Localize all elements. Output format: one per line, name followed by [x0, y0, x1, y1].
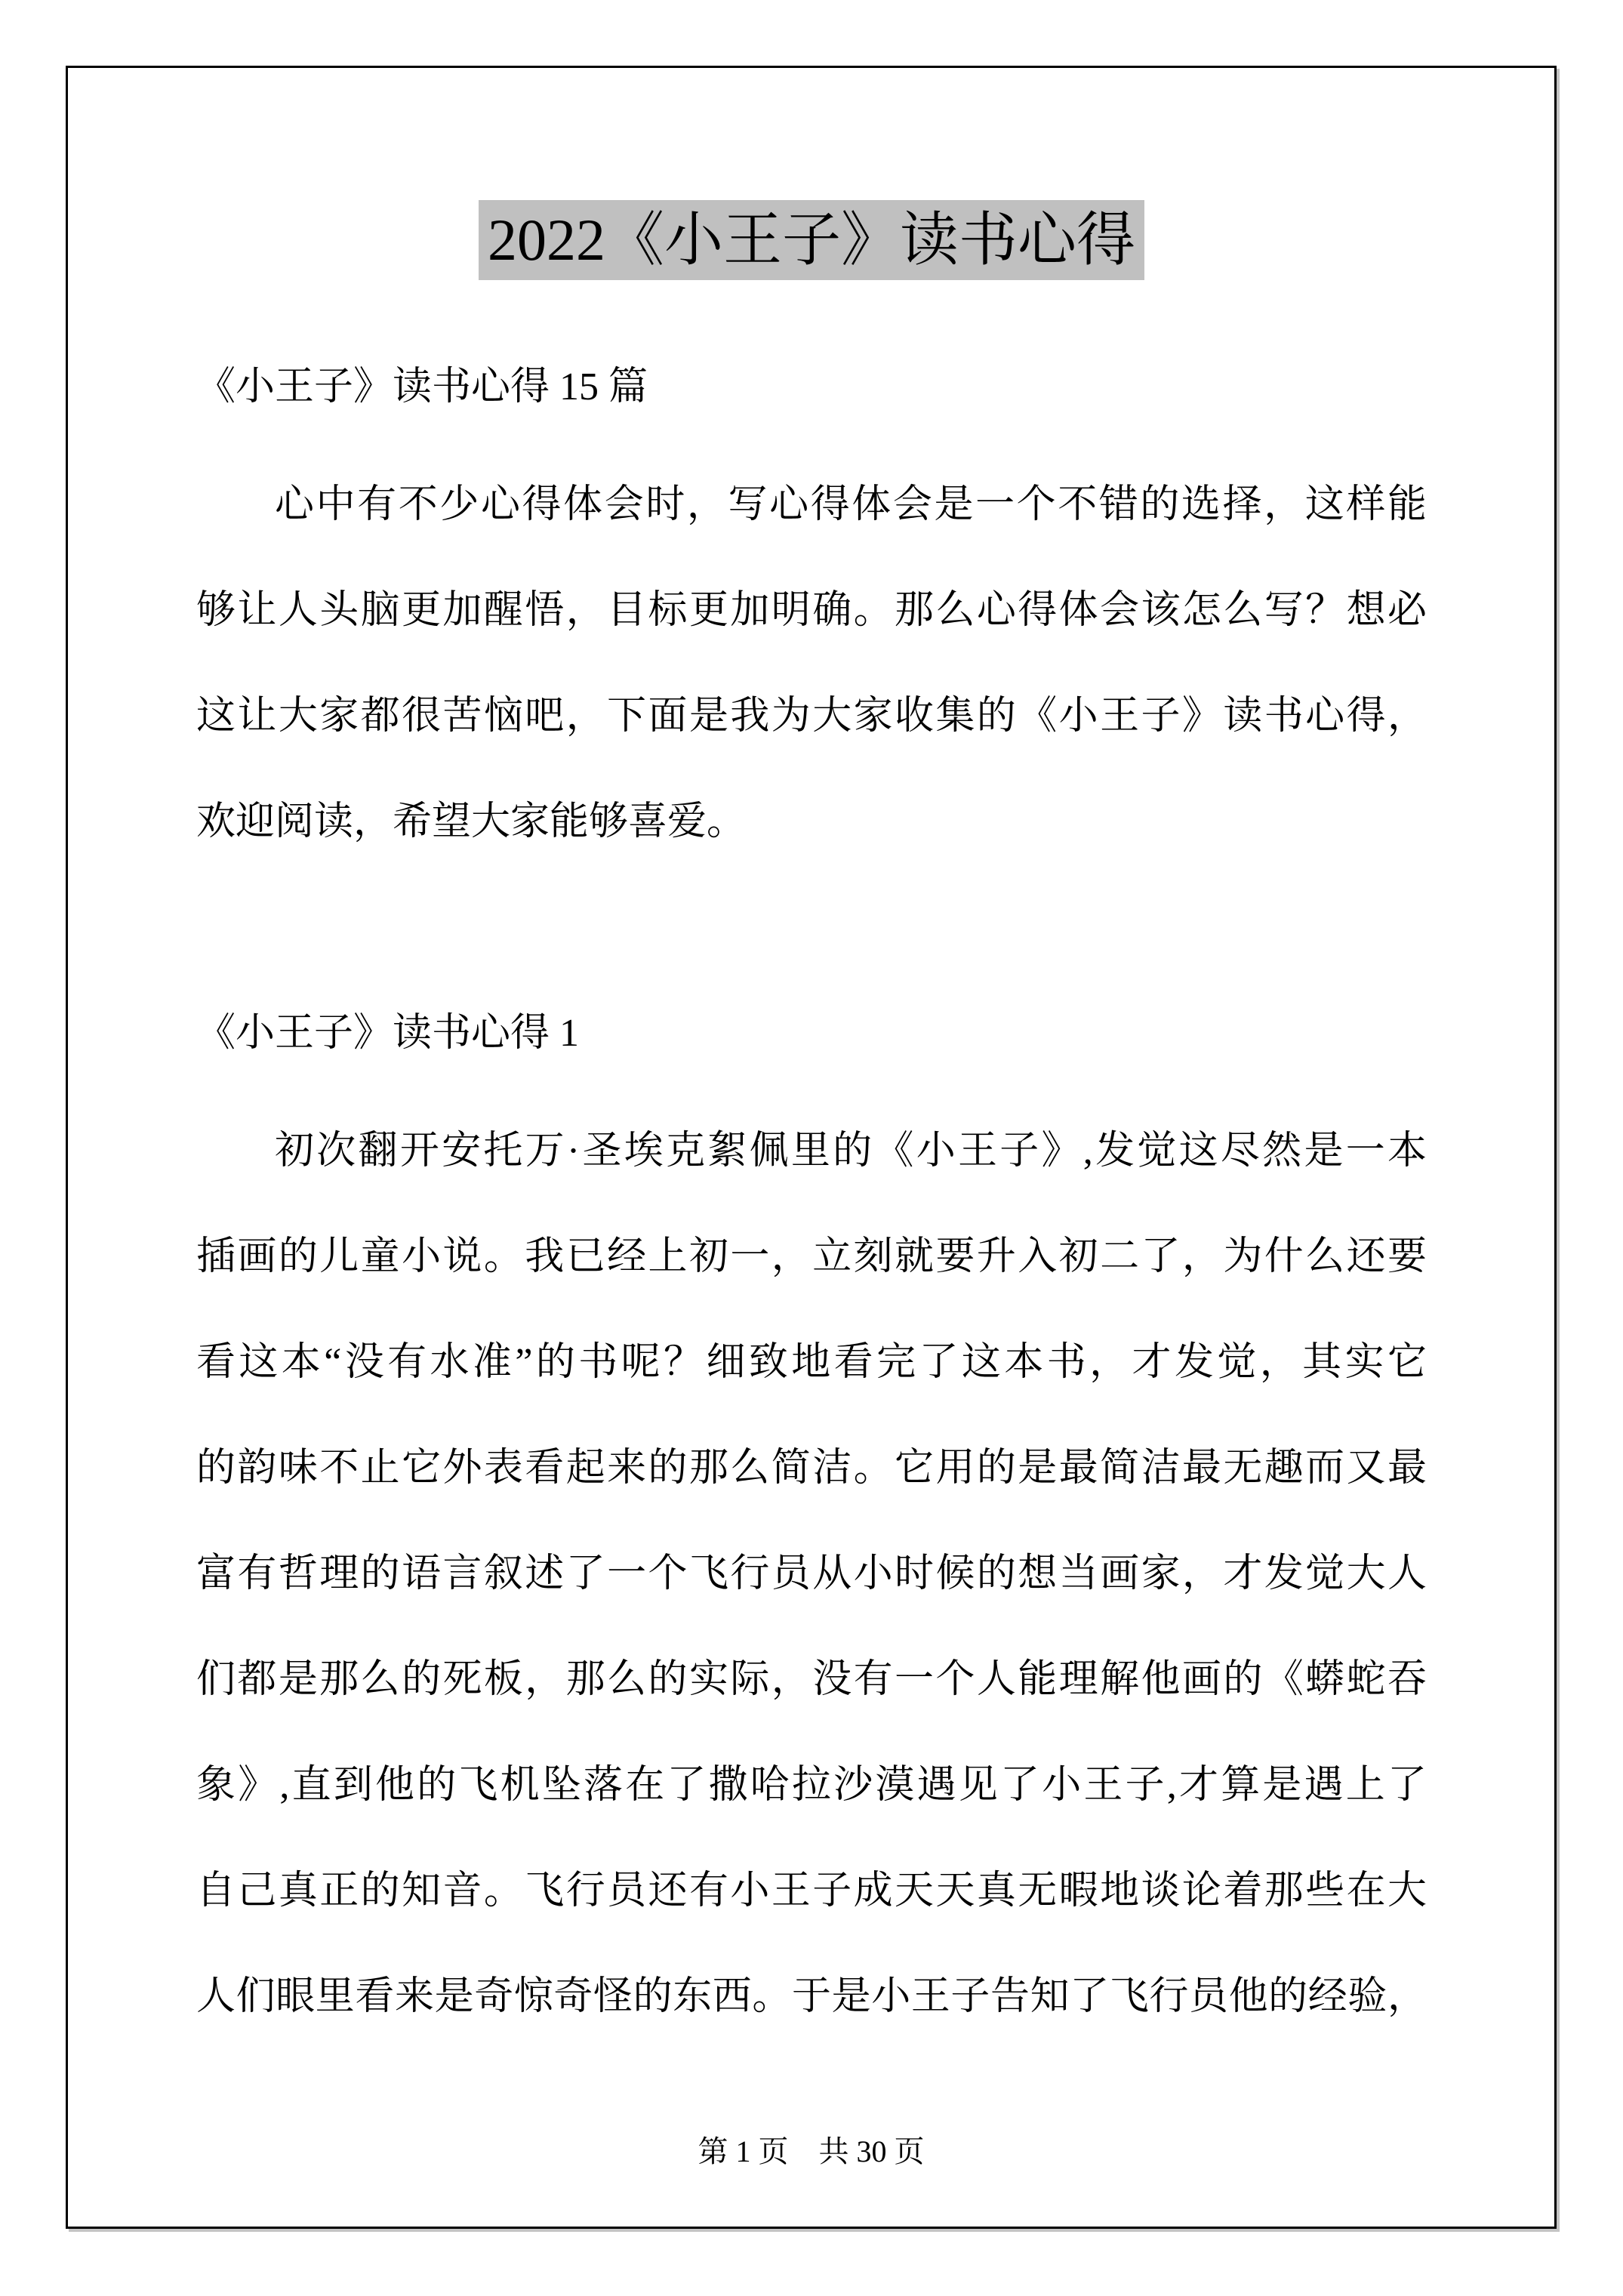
paragraph-line: 自己真正的知音。飞行员还有小王子成天天真无暇地谈论着那些在大	[196, 1838, 1427, 1944]
paragraph-line: 欢迎阅读，希望大家能够喜爱。	[196, 769, 1427, 875]
document-title-row: 2022《小王子》读书心得	[196, 200, 1427, 280]
paragraph-line: 插画的儿童小说。我已经上初一，立刻就要升入初二了，为什么还要	[196, 1204, 1427, 1310]
section-paragraph: 初次翻开安托万·圣埃克絮佩里的《小王子》,发觉这尽然是一本 插画的儿童小说。我已…	[196, 1099, 1427, 2050]
document-page: 2022《小王子》读书心得 《小王子》读书心得 15 篇 心中有不少心得体会时，…	[0, 0, 1623, 2296]
subtitle-line: 《小王子》读书心得 15 篇	[196, 334, 1427, 440]
intro-paragraph: 心中有不少心得体会时，写心得体会是一个不错的选择，这样能 够让人头脑更加醒悟，目…	[196, 452, 1427, 875]
paragraph-line: 富有哲理的语言叙述了一个飞行员从小时候的想当画家，才发觉大人	[196, 1521, 1427, 1627]
paragraph-line: 的韵味不止它外表看起来的那么简洁。它用的是最简洁最无趣而又最	[196, 1416, 1427, 1521]
paragraph-line: 心中有不少心得体会时，写心得体会是一个不错的选择，这样能	[196, 452, 1427, 558]
page-content: 2022《小王子》读书心得 《小王子》读书心得 15 篇 心中有不少心得体会时，…	[196, 0, 1427, 2050]
paragraph-line: 人们眼里看来是奇惊奇怪的东西。于是小王子告知了飞行员他的经验，	[196, 1944, 1427, 2050]
title-highlight: 2022《小王子》读书心得	[479, 200, 1144, 280]
footer-page-number: 第 1 页 共 30 页	[698, 2134, 925, 2168]
paragraph-line: 这让大家都很苦恼吧，下面是我为大家收集的《小王子》读书心得，	[196, 664, 1427, 769]
page-footer: 第 1 页 共 30 页	[66, 2131, 1557, 2173]
paragraph-line: 看这本“没有水准”的书呢？细致地看完了这本书，才发觉，其实它	[196, 1310, 1427, 1416]
paragraph-line: 初次翻开安托万·圣埃克絮佩里的《小王子》,发觉这尽然是一本	[196, 1099, 1427, 1204]
paragraph-line: 象》,直到他的飞机坠落在了撒哈拉沙漠遇见了小王子,才算是遇上了	[196, 1733, 1427, 1838]
paragraph-line: 们都是那么的死板，那么的实际，没有一个人能理解他画的《蟒蛇吞	[196, 1627, 1427, 1733]
section-heading: 《小王子》读书心得 1	[196, 981, 1427, 1086]
paragraph-line: 够让人头脑更加醒悟，目标更加明确。那么心得体会该怎么写？想必	[196, 558, 1427, 664]
